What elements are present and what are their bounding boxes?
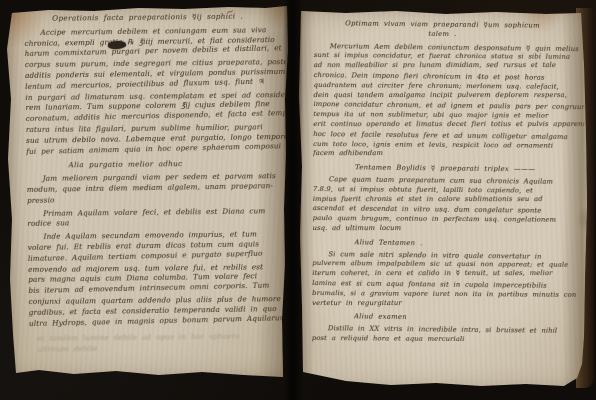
text-block-body: Si cum sale nitri splendo in vitro quale…: [312, 250, 583, 311]
manuscript-line: Aliud Tentamen .: [354, 238, 583, 250]
binding-gutter-shadow: [283, 0, 303, 400]
brown-marginal-mark: ∼: [531, 7, 540, 18]
manuscript-line: usq. ad ultimum locum: [313, 224, 584, 234]
text-block-title: Optimam vivam viam praeparandi ☿um sophi…: [314, 19, 585, 40]
text-block-body: Distilla in XX vitris in incredibile int…: [312, 324, 583, 345]
manuscript-line: Alia purgatio melior adhuc: [68, 158, 287, 171]
left-page: Operationis facta praeparationis ☿ij sop…: [4, 4, 290, 382]
manuscript-line: vertetur in regurgitatur: [312, 299, 583, 309]
manuscript-line: Primam Aquilam volare feci, et debilis e…: [27, 206, 288, 220]
manuscript-line: Tentamen Boylidis ☿ praeparati triplex —…: [355, 163, 584, 175]
right-page: Optimam vivam viam praeparandi ☿um sophi…: [296, 6, 594, 394]
text-block-heading: Aliud examen: [312, 312, 583, 324]
manuscript-line: facem adhibendam: [313, 149, 584, 159]
manuscript-line: iterum coheret, in cera et calido in ☿ t…: [312, 269, 583, 279]
manuscript-line: Aliud examen: [354, 313, 583, 325]
manuscript-line: erit continuo operando et limatus decet …: [313, 120, 584, 130]
text-block-body: Mercurium Aem debilem coniunctum despons…: [313, 42, 585, 161]
text-block-heading: Aliud Tentamen .: [312, 238, 583, 250]
text-block-body: Primam Aquilam volare feci, et debilis e…: [27, 204, 288, 230]
right-page-text: Optimam vivam viam praeparandi ☿um sophi…: [312, 19, 585, 348]
text-block-faint: et tandem lumine debile ad opus in hoc s…: [37, 330, 290, 356]
manuscript-line: impius fuerit chronis et stet in calore …: [313, 195, 584, 205]
manuscript-line: ad non malleabilior si pro lunam dimidia…: [314, 61, 585, 71]
manuscript-line: emovendo ad majorem usq. tum volare fui,…: [28, 262, 289, 276]
text-block-heading: Tentamen Boylidis ☿ praeparati triplex —…: [313, 163, 584, 175]
left-page-text: Operationis facta praeparationis ☿ij sop…: [24, 10, 290, 358]
text-block-body: Jam meliorem purgandi viam per sedem et …: [27, 170, 288, 206]
text-block-body: Inde Aquilam secundam emovendo impurius,…: [27, 228, 289, 329]
text-block-title: Operationis facta praeparationis ☿ij sop…: [24, 10, 285, 25]
text-block-body: Accipe mercurium debilem et coniungam eu…: [24, 24, 287, 158]
manuscript-line: dein quasi tandem amalgama incipit pulve…: [313, 91, 584, 101]
text-block-body: Cape quam tuam praeparatum cum sua chron…: [313, 175, 584, 236]
manuscript-photo: Operationis facta praeparationis ☿ij sop…: [0, 0, 596, 400]
manuscript-line: Operationis facta praeparationis ☿ij sop…: [24, 11, 285, 25]
